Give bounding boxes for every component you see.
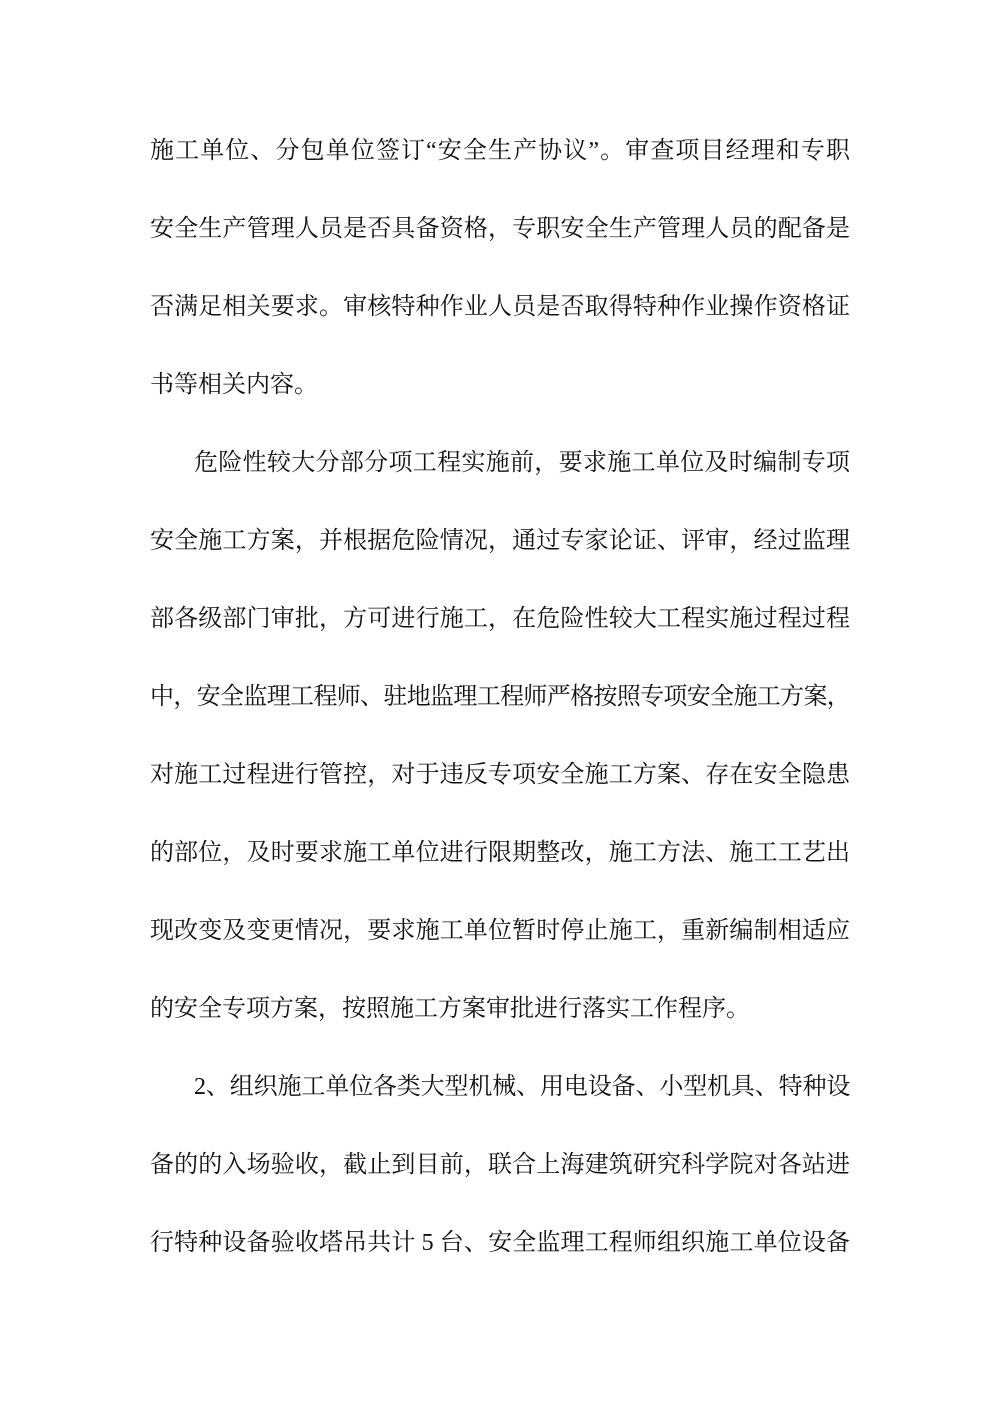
text-line: 的安全专项方案，按照施工方案审批进行落实工作程序。 xyxy=(150,970,850,1048)
text-line: 书等相关内容。 xyxy=(150,346,850,424)
text-line: 行特种设备验收塔吊共计 5 台、安全监理工程师组织施工单位设备 xyxy=(150,1204,850,1282)
text-line: 安全施工方案，并根据危险情况，通过专家论证、评审，经过监理 xyxy=(150,502,850,580)
document-page: 施工单位、分包单位签订“安全生产协议”。审查项目经理和专职 安全生产管理人员是否… xyxy=(0,0,1000,1415)
text-line: 否满足相关要求。审核特种作业人员是否取得特种作业操作资格证 xyxy=(150,268,850,346)
text-line: 中，安全监理工程师、驻地监理工程师严格按照专项安全施工方案， xyxy=(150,658,850,736)
text-line: 危险性较大分部分项工程实施前，要求施工单位及时编制专项 xyxy=(150,424,850,502)
text-line: 施工单位、分包单位签订“安全生产协议”。审查项目经理和专职 xyxy=(150,112,850,190)
text-line: 备的的入场验收，截止到目前，联合上海建筑研究科学院对各站进 xyxy=(150,1126,850,1204)
text-line: 部各级部门审批，方可进行施工，在危险性较大工程实施过程过程 xyxy=(150,580,850,658)
text-line: 现改变及变更情况，要求施工单位暂时停止施工，重新编制相适应 xyxy=(150,892,850,970)
text-line: 对施工过程进行管控，对于违反专项安全施工方案、存在安全隐患 xyxy=(150,736,850,814)
text-line: 2、组织施工单位各类大型机械、用电设备、小型机具、特种设 xyxy=(150,1048,850,1126)
text-line: 安全生产管理人员是否具备资格，专职安全生产管理人员的配备是 xyxy=(150,190,850,268)
text-line: 的部位，及时要求施工单位进行限期整改，施工方法、施工工艺出 xyxy=(150,814,850,892)
document-body: 施工单位、分包单位签订“安全生产协议”。审查项目经理和专职 安全生产管理人员是否… xyxy=(150,112,850,1282)
